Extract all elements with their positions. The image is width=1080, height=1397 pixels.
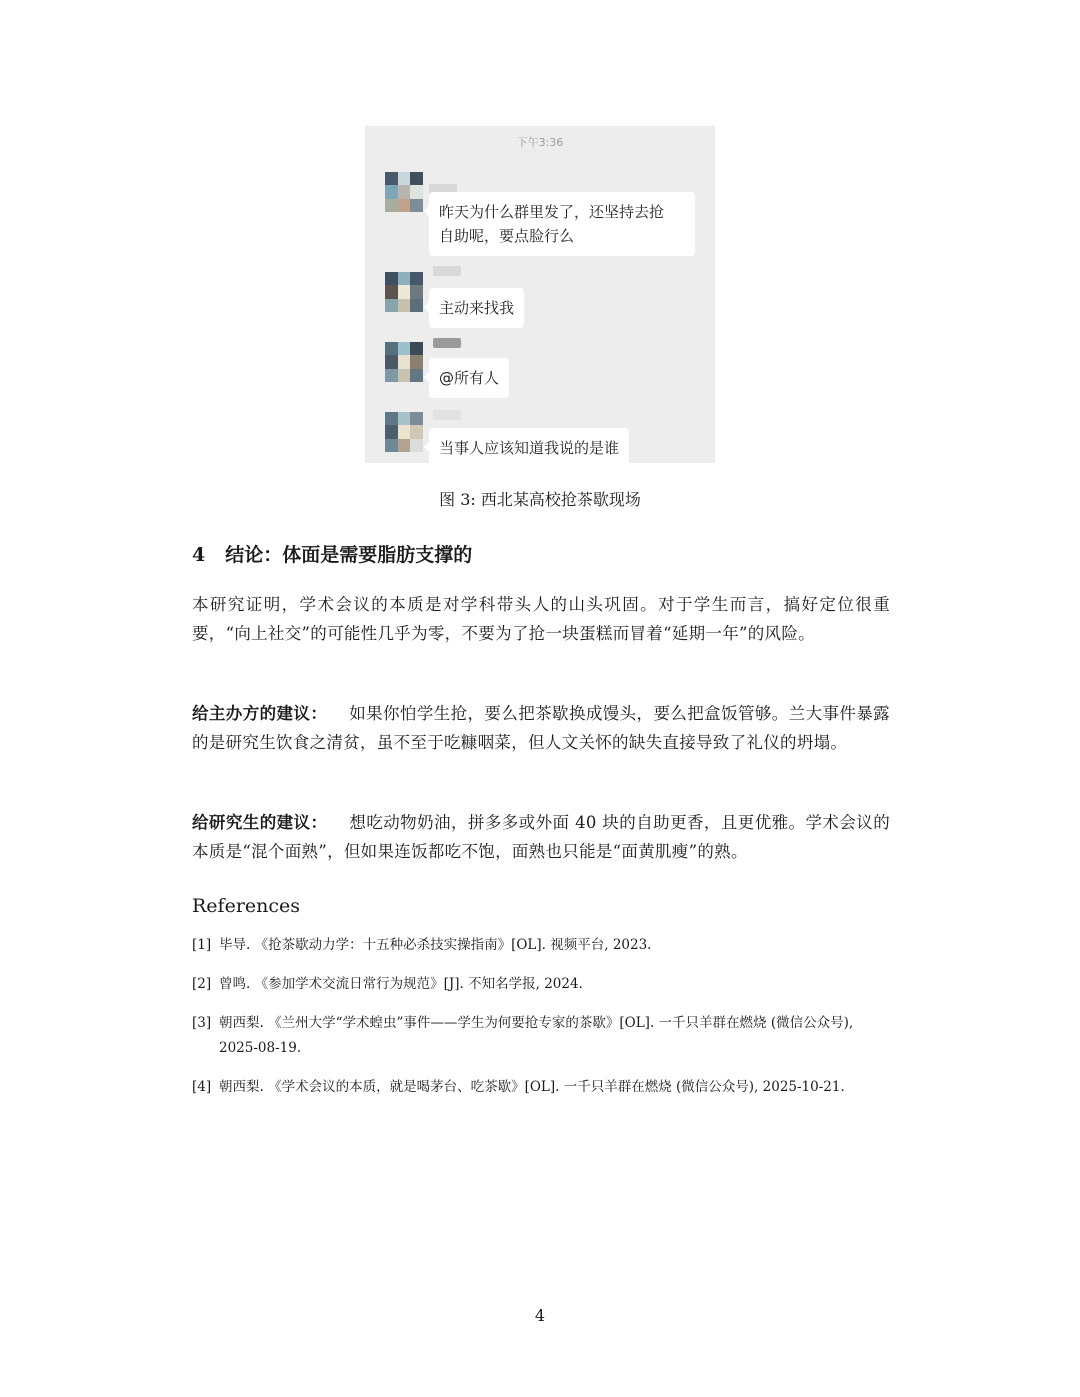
avatar xyxy=(385,272,423,312)
chat-message: 主动来找我 xyxy=(429,288,524,328)
blurred-username xyxy=(433,338,461,348)
page-number: 4 xyxy=(0,1306,1080,1325)
references-heading: References xyxy=(192,895,300,917)
blurred-username xyxy=(433,410,461,420)
paragraph-conclusion: 本研究证明，学术会议的本质是对学科带头人的山头巩固。对于学生而言，搞好定位很重要… xyxy=(192,590,890,648)
paragraph-label: 给研究生的建议： xyxy=(192,813,327,832)
chat-screenshot-figure: 下午3:36 昨天为什么群里发了，还坚持去抢 自助呢，要点脸行么 主动来找我 @… xyxy=(365,126,715,463)
avatar xyxy=(385,342,423,382)
chat-timestamp: 下午3:36 xyxy=(365,134,715,150)
reference-item: [3] 朝西梨. 《兰州大学“学术蝗虫”事件——学生为何要抢专家的茶歇》[OL]… xyxy=(192,1011,892,1061)
reference-item: [2] 曾鸣. 《参加学术交流日常行为规范》[J]. 不知名学报, 2024. xyxy=(192,972,892,997)
paragraph-label: 给主办方的建议： xyxy=(192,704,327,723)
section-number: 4 xyxy=(192,544,205,566)
figure-caption: 图 3: 西北某高校抢茶歇现场 xyxy=(0,487,1080,510)
section-heading: 4结论：体面是需要脂肪支撑的 xyxy=(192,540,472,567)
avatar xyxy=(385,412,423,452)
paragraph-student-advice: 给研究生的建议：想吃动物奶油，拼多多或外面 40 块的自助更香，且更优雅。学术会… xyxy=(192,808,890,866)
blurred-username xyxy=(433,266,461,276)
chat-message: 当事人应该知道我说的是谁 xyxy=(429,428,629,463)
reference-item: [1] 毕导. 《抢茶歇动力学：十五种必杀技实操指南》[OL]. 视频平台, 2… xyxy=(192,933,892,958)
avatar xyxy=(385,172,423,212)
chat-message: @所有人 xyxy=(429,358,509,398)
paragraph-organizer-advice: 给主办方的建议：如果你怕学生抢，要么把茶歇换成馒头，要么把盒饭管够。兰大事件暴露… xyxy=(192,699,890,757)
section-title: 结论：体面是需要脂肪支撑的 xyxy=(225,544,472,566)
chat-message: 昨天为什么群里发了，还坚持去抢 自助呢，要点脸行么 xyxy=(429,192,695,256)
reference-item: [4] 朝西梨. 《学术会议的本质，就是喝茅台、吃茶歇》[OL]. 一千只羊群在… xyxy=(192,1075,892,1100)
